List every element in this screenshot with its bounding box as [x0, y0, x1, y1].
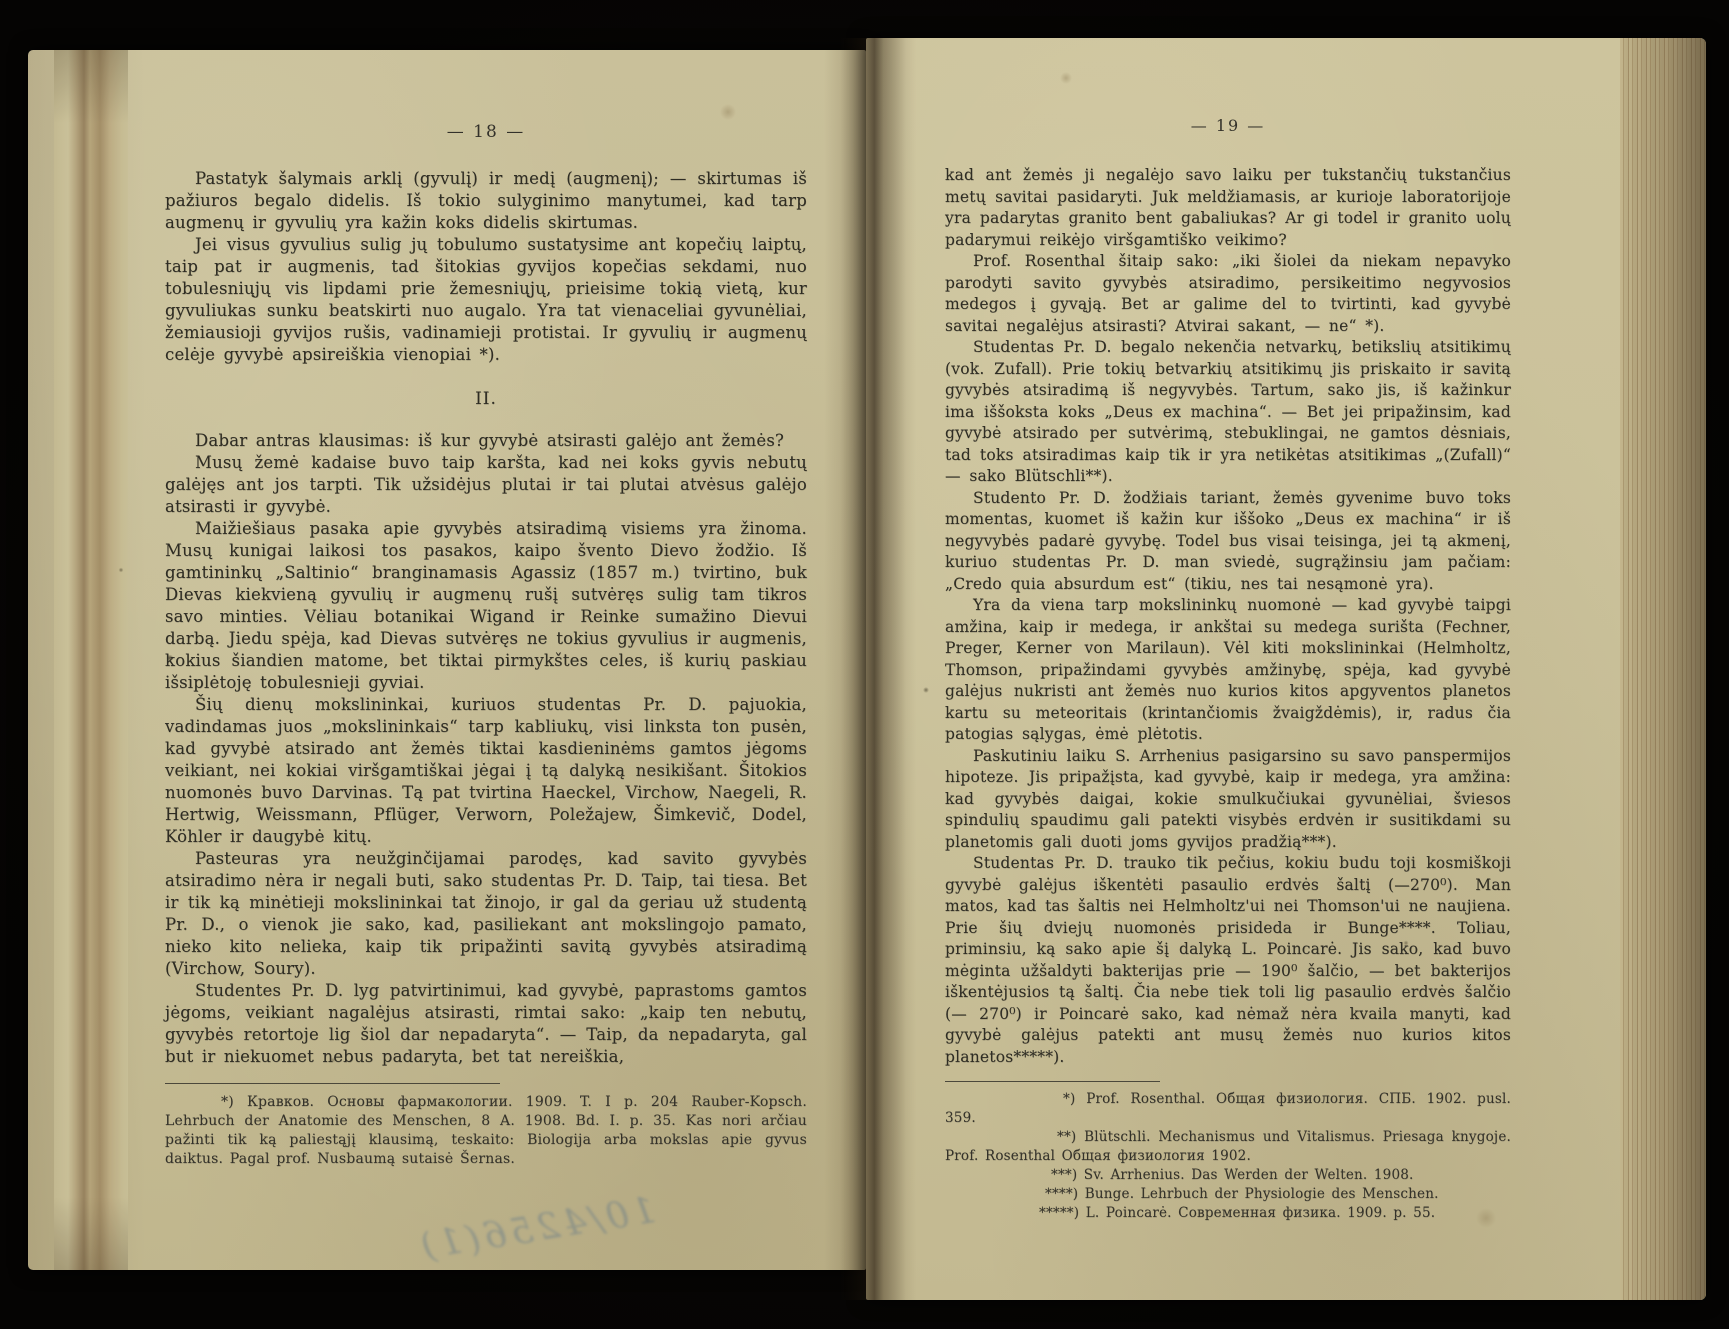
paragraph: Studentas Pr. D. trauko tik pečius, koki… [945, 853, 1511, 1068]
paragraph: Studentes Pr. D. lyg patvirtinimui, kad … [165, 980, 807, 1068]
page-number-right: — 19 — [945, 116, 1511, 135]
page-stack-edge [1620, 38, 1706, 1300]
page-left-body-text: Pastatyk šalymais arklį (gyvulį) ir medį… [165, 168, 807, 1068]
paragraph: Jei visus gyvulius sulig jų tobulumo sus… [165, 234, 807, 366]
page-left: — 18 — Pastatyk šalymais arklį (gyvulį) … [28, 50, 866, 1270]
paragraph: Prof. Rosenthal šitaip sako: „iki šiolei… [945, 251, 1511, 337]
footnote: ***) Sv. Arrhenius. Das Werden der Welte… [945, 1166, 1511, 1185]
footnote-separator-left [165, 1083, 500, 1084]
page-left-fold-edge [54, 50, 128, 1270]
page-right-content: — 19 — kad ant žemės ji negalėjo savo la… [945, 116, 1511, 1223]
page-left-footnotes: *) Кравков. Основы фармакологии. 1909. T… [165, 1093, 807, 1169]
page-number-left: — 18 — [165, 122, 807, 142]
ink-showthrough-handwriting: 10/4256(1) [237, 1190, 658, 1296]
footnote-separator-right [945, 1081, 1160, 1082]
footnote: *) Prof. Rosenthal. Общая физиология. СП… [945, 1090, 1511, 1128]
book-scan: — 18 — Pastatyk šalymais arklį (gyvulį) … [0, 0, 1729, 1329]
page-right-footnotes: *) Prof. Rosenthal. Общая физиология. СП… [945, 1090, 1511, 1223]
footnote: **) Blütschli. Mechanismus und Vitalismu… [945, 1128, 1511, 1166]
paragraph: Yra da viena tarp mokslininkų nuomonė — … [945, 595, 1511, 746]
paragraph: Studentas Pr. D. begalo nekenčia netvark… [945, 337, 1511, 488]
footnote: *****) L. Poincarė. Современная физика. … [945, 1204, 1511, 1223]
paragraph: Musų žemė kadaise buvo taip karšta, kad … [165, 452, 807, 518]
paragraph: Pastatyk šalymais arklį (gyvulį) ir medį… [165, 168, 807, 234]
footnote: ****) Bunge. Lehrbuch der Physiologie de… [945, 1185, 1511, 1204]
footnote: *) Кравков. Основы фармакологии. 1909. T… [165, 1093, 807, 1169]
paragraph: kad ant žemės ji negalėjo savo laiku per… [945, 165, 1511, 251]
page-right: — 19 — kad ant žemės ji negalėjo savo la… [866, 38, 1706, 1300]
paragraph: Dabar antras klausimas: iš kur gyvybė at… [165, 430, 807, 452]
paragraph: Studento Pr. D. žodžiais tariant, žemės … [945, 488, 1511, 596]
section-heading: II. [165, 388, 807, 410]
paragraph: Pasteuras yra neužginčijamai parodęs, ka… [165, 848, 807, 980]
paragraph: Šių dienų mokslininkai, kuriuos studenta… [165, 694, 807, 848]
paragraph: Paskutiniu laiku S. Arrhenius pasigarsin… [945, 746, 1511, 854]
paragraph: Maižiešiaus pasaka apie gyvybės atsiradi… [165, 518, 807, 694]
page-left-content: — 18 — Pastatyk šalymais arklį (gyvulį) … [165, 122, 807, 1169]
page-right-body-text: kad ant žemės ji negalėjo savo laiku per… [945, 165, 1511, 1068]
